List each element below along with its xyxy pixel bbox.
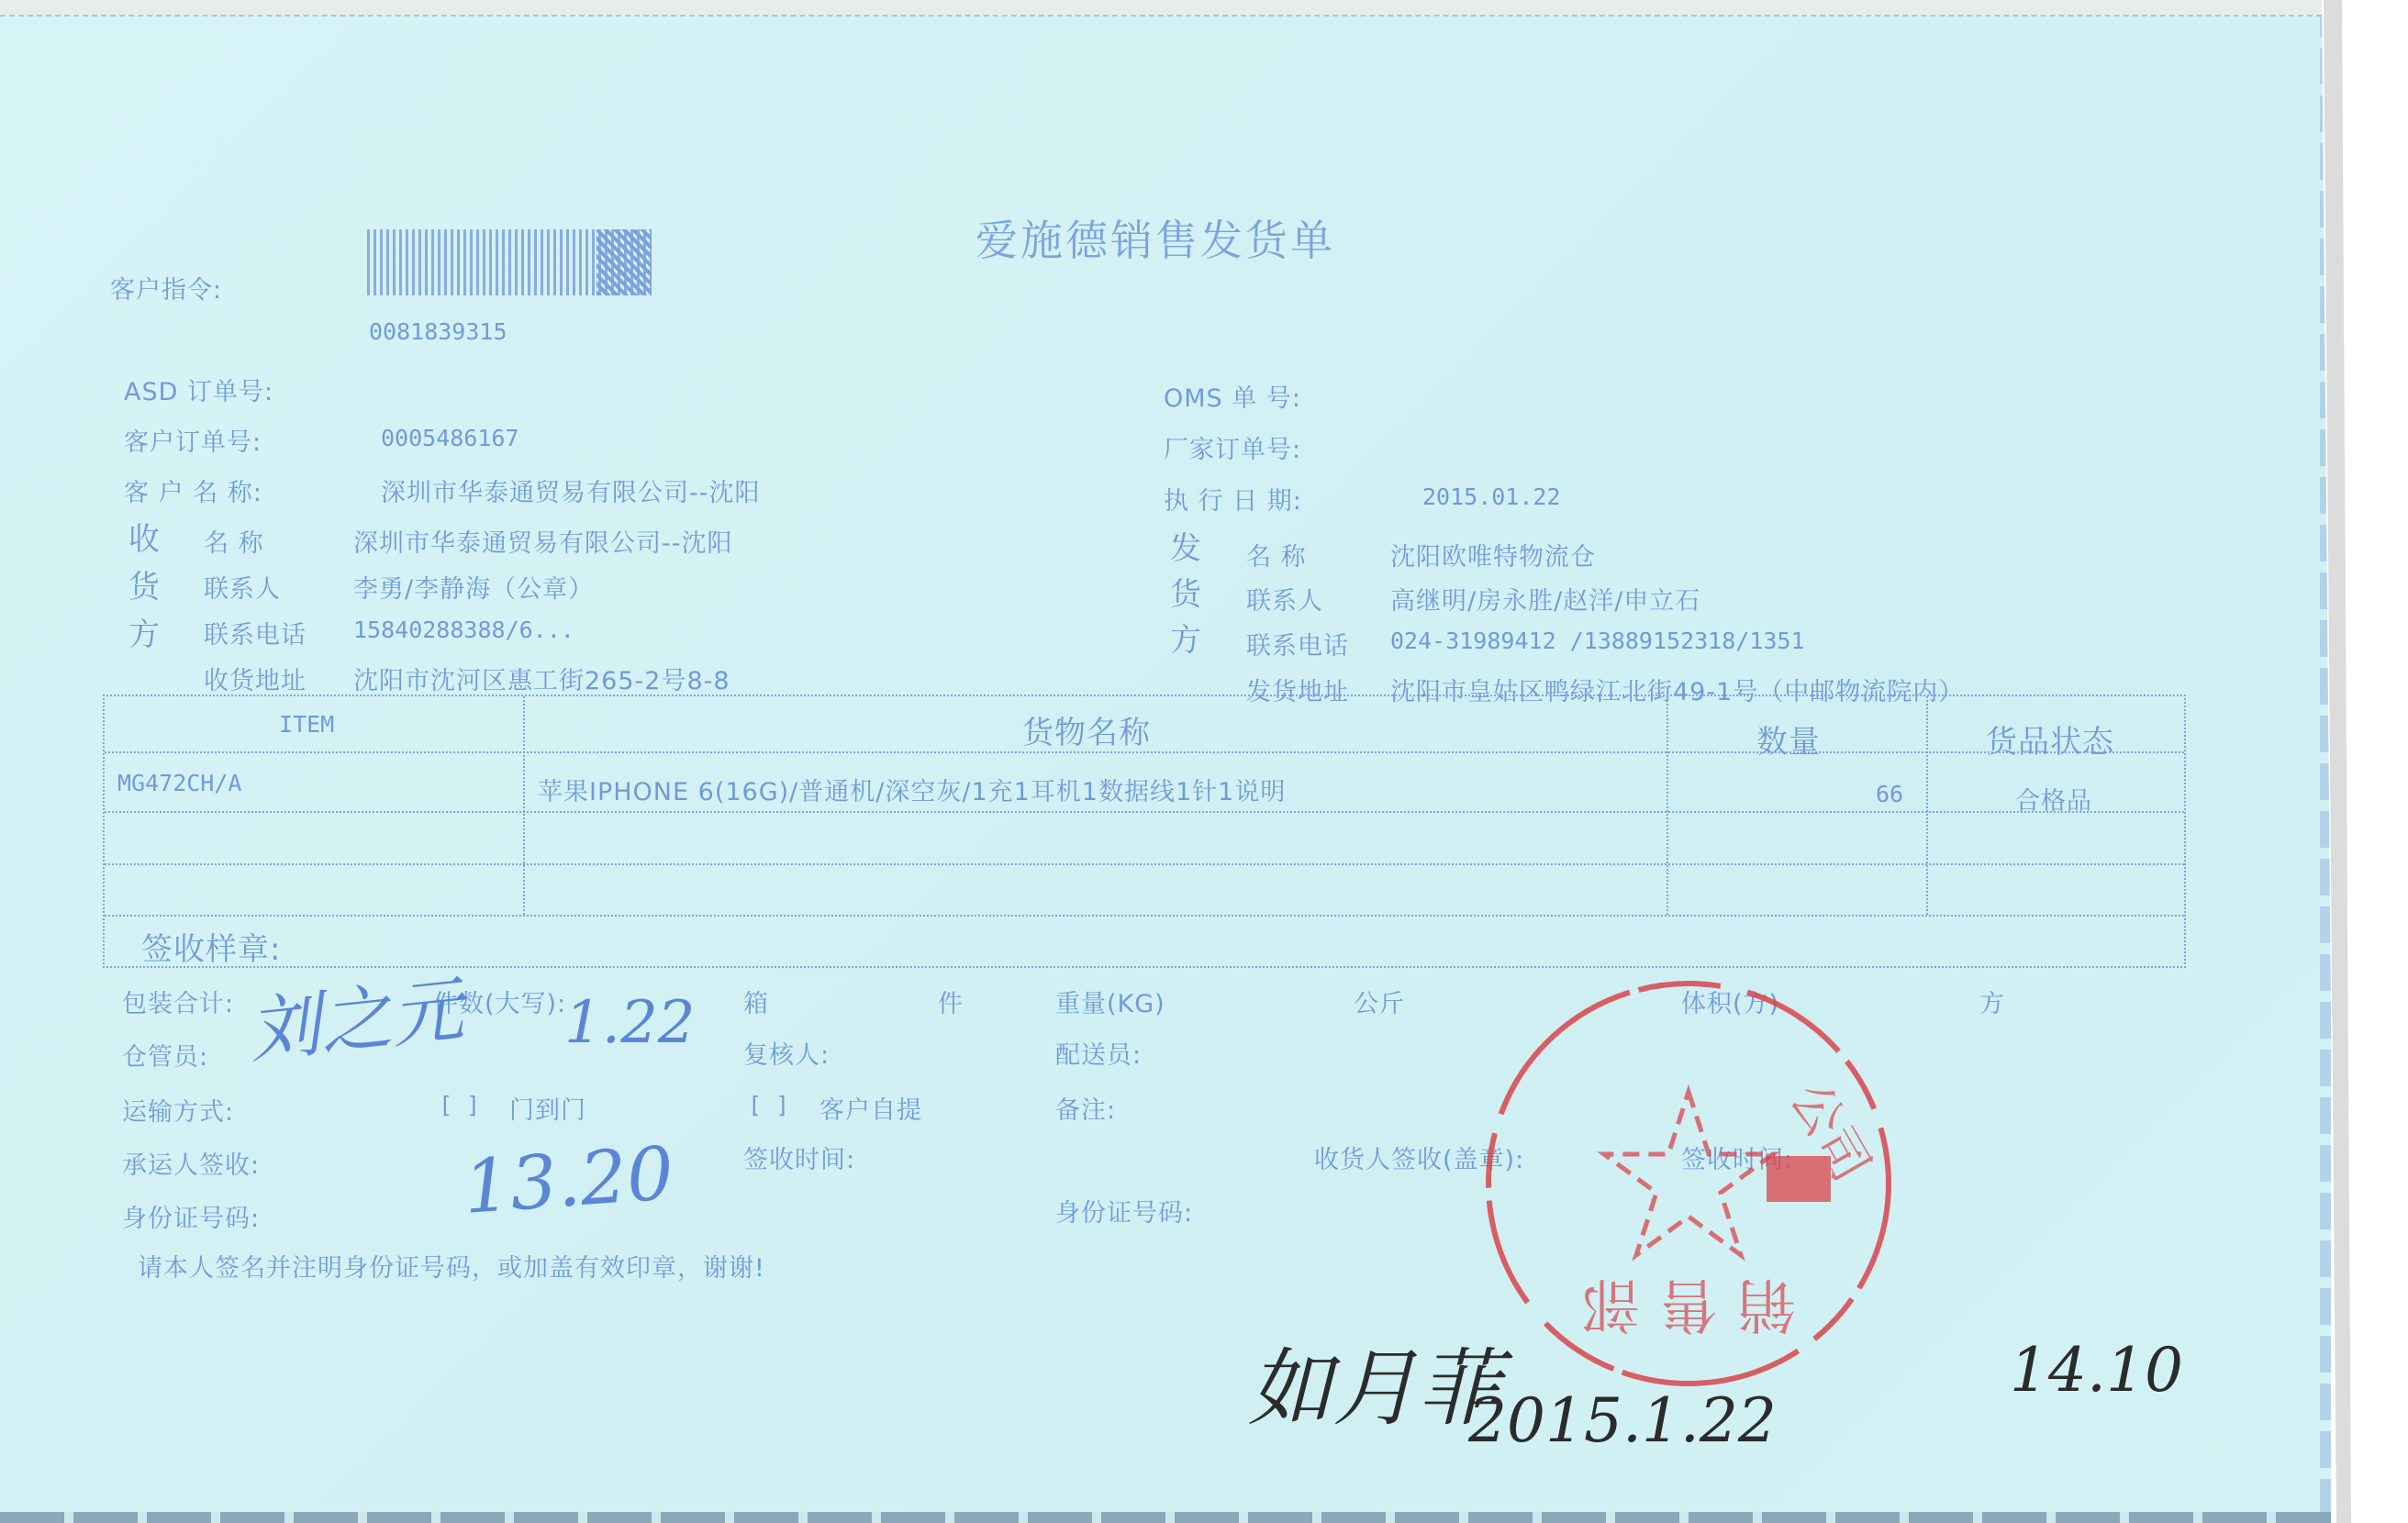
table-col-divider: [1667, 696, 1668, 915]
door-to-door-label: 门到门: [509, 1090, 586, 1126]
handwritten-receiver-time: 14.10: [2010, 1335, 2183, 1406]
id-number-label-left: 身份证号码:: [122, 1198, 260, 1234]
svg-text:销 售 部: 销 售 部: [1582, 1270, 1796, 1338]
handwritten-clerk-date: 1.22: [564, 989, 696, 1057]
column-header-quantity: 数量: [1756, 717, 1821, 761]
table-row-goods-name: 苹果IPHONE 6(16G)/普通机/深空灰/1充1耳机1数据线1针1说明: [538, 772, 1286, 807]
notice-text: 请本人签名并注明身份证号码，或加盖有效印章，谢谢!: [138, 1248, 765, 1284]
warehouse-clerk-label: 仓管员:: [122, 1037, 208, 1073]
weight-label: 重量(KG): [1055, 984, 1165, 1019]
table-col-divider: [523, 696, 525, 915]
perforated-top-strip: [0, 0, 2322, 17]
shipper-side-label-1: 发: [1170, 523, 1202, 568]
shipper-contact-value: 高继明/房永胜/赵洋/申立石: [1390, 581, 1700, 617]
weight-unit: 公斤: [1354, 984, 1405, 1019]
shipper-side-label-3: 方: [1170, 615, 1202, 660]
star-icon: [1604, 1092, 1773, 1255]
consignee-contact-value: 李勇/李静海（公章）: [353, 569, 594, 605]
door-to-door-checkbox[interactable]: [ ]: [439, 1092, 480, 1118]
table-rule: [105, 863, 2184, 865]
shipper-contact-label: 联系人: [1246, 581, 1323, 617]
consignee-name-label: 名 称: [204, 523, 264, 559]
consignee-phone-value: 15840288388/6...: [353, 617, 574, 643]
items-table: ITEM 货物名称 数量 货品状态 MG472CH/A 苹果IPHONE 6(1…: [103, 695, 2186, 968]
handwritten-carrier-time: 13.20: [461, 1130, 676, 1230]
customer-instruction-label: 客户指令:: [110, 270, 222, 306]
shipper-name-label: 名 称: [1246, 537, 1307, 573]
piece-label: 件: [938, 984, 964, 1019]
document-title: 爱施德销售发货单: [975, 207, 1335, 268]
table-rule: [105, 915, 2184, 917]
shipper-phone-label: 联系电话: [1246, 626, 1349, 661]
company-seal-stamp: 销 售 部 公司: [1477, 973, 1900, 1395]
column-header-goods-name: 货物名称: [1022, 707, 1151, 752]
column-header-item: ITEM: [279, 711, 334, 738]
consignee-name-value: 深圳市华泰通贸易有限公司--沈阳: [353, 523, 733, 559]
customer-order-value: 0005486167: [381, 425, 519, 451]
table-row-quantity: 66: [1876, 781, 1903, 807]
handwritten-receiver-date: 2015.1.22: [1468, 1385, 1777, 1456]
asd-order-label: ASD 订单号:: [124, 372, 273, 407]
customer-name-label: 客 户 名 称:: [124, 472, 262, 508]
volume-unit: 方: [1979, 984, 2005, 1019]
sign-time-label: 签收时间:: [743, 1139, 855, 1175]
carrier-sign-label: 承运人签收:: [122, 1145, 260, 1181]
consignee-address-label: 收货地址: [204, 661, 307, 696]
package-total-label: 包装合计:: [122, 984, 234, 1019]
table-row-item-code: MG472CH/A: [117, 770, 241, 796]
reviewer-label: 复核人:: [743, 1035, 830, 1071]
customer-order-label: 客户订单号:: [124, 422, 262, 458]
transport-label: 运输方式:: [122, 1092, 234, 1128]
exec-date-label: 执 行 日 期:: [1164, 481, 1302, 517]
table-col-divider: [1926, 696, 1928, 915]
oms-label: OMS 单 号:: [1164, 378, 1301, 414]
id-number-label-right: 身份证号码:: [1055, 1193, 1193, 1228]
customer-name-value: 深圳市华泰通贸易有限公司--沈阳: [381, 472, 761, 508]
remark-label: 备注:: [1055, 1090, 1116, 1126]
consignee-side-label-1: 收: [128, 514, 161, 559]
consignee-address-value: 沈阳市沈河区惠工街265-2号8-8: [353, 661, 730, 696]
shipper-side-label-2: 货: [1170, 569, 1202, 614]
self-pickup-checkbox[interactable]: [ ]: [748, 1092, 789, 1118]
dispatcher-label: 配送员:: [1055, 1035, 1142, 1071]
consignee-contact-label: 联系人: [204, 569, 281, 605]
shipper-name-value: 沈阳欧唯特物流仓: [1390, 537, 1596, 573]
table-rule: [105, 811, 2184, 813]
table-row-status: 合格品: [2015, 781, 2092, 817]
factory-order-label: 厂家订单号:: [1164, 429, 1301, 465]
exec-date-value: 2015.01.22: [1422, 484, 1561, 510]
box-label: 箱: [743, 984, 769, 1019]
consignee-side-label-3: 方: [128, 609, 161, 654]
consignee-phone-label: 联系电话: [204, 615, 307, 650]
consignee-side-label-2: 货: [128, 561, 161, 606]
self-pickup-label: 客户自提: [819, 1090, 922, 1126]
sign-sample-label: 签收样章:: [141, 924, 281, 969]
barcode-icon: [367, 229, 652, 295]
perforated-bottom-strip: [0, 1512, 2331, 1523]
handwritten-receiver-signature: 如月菲: [1248, 1321, 1501, 1442]
shipper-phone-value: 024-31989412 /13889152318/1351: [1390, 628, 1805, 654]
column-header-status: 货品状态: [1986, 717, 2114, 761]
customer-instruction-number: 0081839315: [369, 318, 507, 345]
